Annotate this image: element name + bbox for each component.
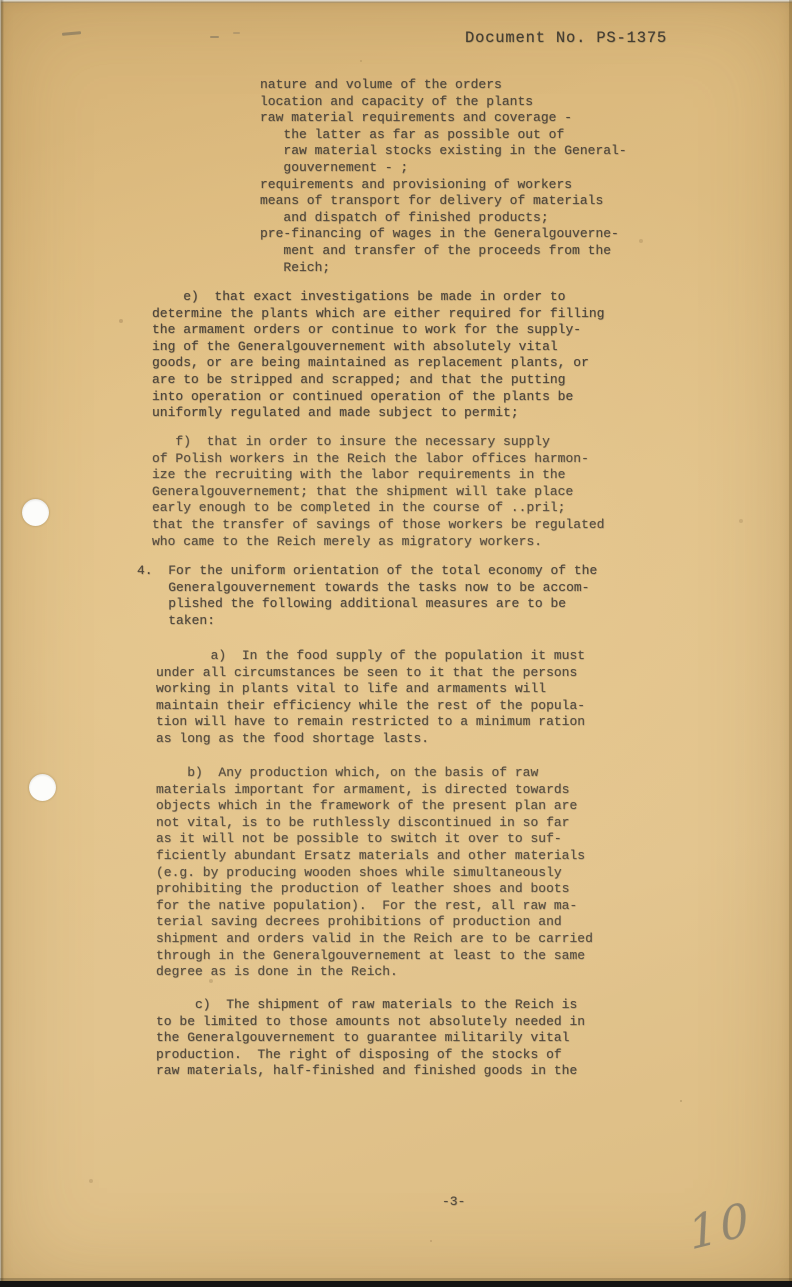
punch-hole-top [22,499,49,526]
paragraph-c: c) The shipment of raw materials to the … [156,997,585,1080]
scanned-document-page: Document No. PS-1375 nature and volume o… [0,0,792,1287]
punch-hole-bottom [29,774,56,801]
scan-edge-bottom [0,1281,792,1287]
pencil-mark [210,36,219,38]
paragraph-a: a) In the food supply of the population … [156,648,585,748]
scan-edge-top [0,0,792,3]
paragraph-e: e) that exact investigations be made in … [152,289,604,422]
page-number: -3- [442,1194,465,1211]
handwritten-page-number: 10 [686,1195,755,1256]
typed-list-block: nature and volume of the orders location… [260,77,627,276]
scan-edge-left [0,0,4,1287]
section-4-intro: 4. For the uniform orientation of the to… [137,563,597,629]
paragraph-f: f) that in order to insure the necessary… [152,434,604,550]
pencil-mark [233,32,240,34]
paragraph-b: b) Any production which, on the basis of… [156,765,593,981]
pencil-mark [62,31,81,36]
document-number: Document No. PS-1375 [465,30,667,47]
